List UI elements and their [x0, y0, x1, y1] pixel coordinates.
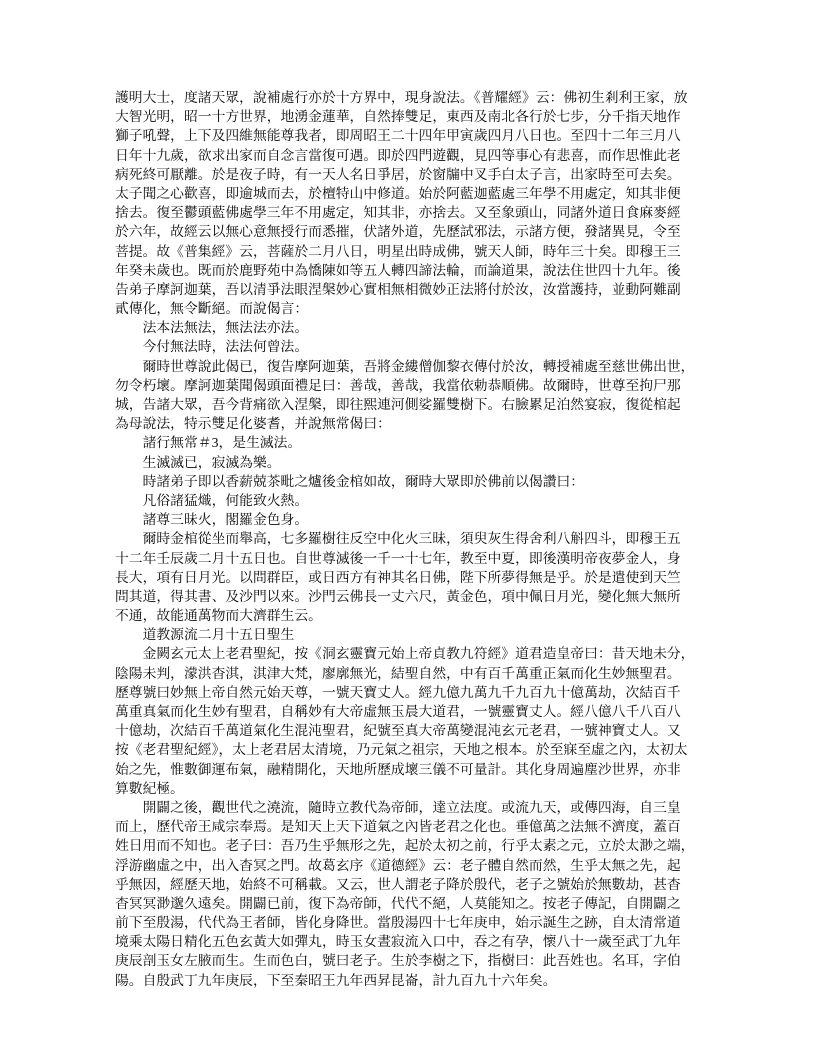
- text-line: 於六年，故經云以無心意無授行而悉摧，伏諸外道，先歷試邪法，示諸方便，發諸異見，令…: [115, 222, 715, 241]
- text-line: 爾時金棺從坐而舉高，七多羅樹往反空中化火三昧，須臾灰生得舍利八斛四斗，即穆王五: [115, 529, 715, 548]
- text-line: 勿令朽壞。摩訶迦葉聞偈頭面禮足曰：善哉，善哉，我當依勅恭順佛。故爾時，世尊至拘尸…: [115, 376, 715, 395]
- text-line: 護明大士，度諸天眾，說補處行亦於十方界中，現身說法。《普耀經》云：佛初生剎利王家…: [115, 88, 715, 107]
- document-page: 護明大士，度諸天眾，說補處行亦於十方界中，現身說法。《普耀經》云：佛初生剎利王家…: [0, 0, 816, 1056]
- text-line: 問其道，得其書、及沙門以來。沙門云佛長一丈六尺，黃金色，項中佩日月光，變化無大無…: [115, 587, 715, 606]
- text-line: 凡俗諸猛熾，何能致火熱。: [115, 491, 715, 510]
- text-line: 生滅滅已，寂滅為樂。: [115, 453, 715, 472]
- text-line: 諸行無常＃3，是生滅法。: [115, 433, 715, 452]
- text-line: 杳冥冥渺邈久遠矣。開闢已前，復下為帝師，代代不絕，人莫能知之。按老子傳記，自開闢…: [115, 894, 715, 913]
- text-line: 病死終可厭離。於是夜子時，有一天人名日爭居，於窗牖中叉手白太子言，出家時至可去矣…: [115, 165, 715, 184]
- text-line: 不通，故能通萬物而大濟群生云。: [115, 606, 715, 625]
- text-line: 姓日用而不知也。老子曰：吾乃生乎無形之先，起於太初之前，行乎太素之元，立於太渺之…: [115, 836, 715, 855]
- text-line: 道教源流二月十五日聖生: [115, 625, 715, 644]
- text-line: 庚辰剖玉女左腋而生。生而色白，號曰老子。生於李樹之下，指樹曰：此吾姓也。名耳，字…: [115, 951, 715, 970]
- text-line: 日年十九歲，欲求出家而自念言當復可遇。即於四門遊觀，見四等事心有悲喜，而作思惟此…: [115, 146, 715, 165]
- text-line: 金闕玄元太上老君聖紀，按《洞玄靈寶元始上帝貞教九符經》道君造皇帝曰：昔天地未分，: [115, 644, 715, 663]
- text-line: 告弟子摩訶迦葉，吾以清爭法眼涅槃妙心實相無相微妙正法將付於汝，汝當護持，並動阿難…: [115, 280, 715, 299]
- text-line: 獅子吼聲，上下及四維無能尊我者，即周昭王二十四年甲寅歲四月八日也。至四十二年三月…: [115, 126, 715, 145]
- text-line: 今付無法時，法法何曾法。: [115, 337, 715, 356]
- text-line: 菩提。故《普集經》云，菩薩於二月八日，明星出時成佛，號天人師，時年三十矣。即穆王…: [115, 242, 715, 261]
- text-line: 乎無因，經歷天地，始終不可稱載。又云，世人謂老子降於殷代，老子之號始於無數劫，甚…: [115, 875, 715, 894]
- text-line: 陽。自殷武丁九年庚辰，下至秦昭王九年西昇昆崙，計九百九十六年矣。: [115, 971, 715, 990]
- text-line: 浮游幽虛之中，出入杳冥之門。故葛玄序《道德經》云：老子體自然而然，生乎太無之先，…: [115, 856, 715, 875]
- text-line: 年癸未歲也。既而於鹿野苑中為憍陳如等五人轉四諦法輪，而論道果，說法住世四十九年。…: [115, 261, 715, 280]
- text-line: 前下至殷湯，代代為王者師，皆化身降世。當殷湯四十七年庚申，始示誕生之跡，自太清常…: [115, 913, 715, 932]
- text-line: 歷尊號曰妙無上帝自然元始天尊，一號天寶丈人。經九億九萬九千九百九十億萬劫，次結百…: [115, 683, 715, 702]
- text-line: 按《老君聖紀經》，太上老君居太清境，乃元氣之祖宗，天地之根本。於至寐至虛之內，太…: [115, 740, 715, 759]
- text-line: 捨去。復至鬱頭藍佛處學三年不用處定，知其非，亦捨去。又至象頭山，同諸外道日食麻麥…: [115, 203, 715, 222]
- text-line: 城，告諸大眾，吾今背痛欲入涅槃，即往熙連河側娑羅雙樹下。右臉累足泊然宴寂，復從棺…: [115, 395, 715, 414]
- text-line: 算數紀極。: [115, 779, 715, 798]
- text-line: 法本法無法，無法法亦法。: [115, 318, 715, 337]
- document-text-body: 護明大士，度諸天眾，說補處行亦於十方界中，現身說法。《普耀經》云：佛初生剎利王家…: [115, 88, 715, 990]
- text-line: 而上，歷代帝王咸宗奉焉。是知天上天下道氣之內皆老君之化也。垂億萬之法無不濟度，蓋…: [115, 817, 715, 836]
- text-line: 太子聞之心歡喜，即逾城而去，於檀特山中修道。始於阿藍迦藍處三年學不用處定，知其非…: [115, 184, 715, 203]
- text-line: 開闢之後，觀世代之澆流，隨時立教代為帝師，達立法度。或流九天，或傳四海，自三皇: [115, 798, 715, 817]
- text-line: 貳傳化，無令斷絕。而說偈言：: [115, 299, 715, 318]
- text-line: 十億劫，次結百千萬道氣化生混沌聖君，紀號至真大帝萬變混沌玄元老君，一號神寶丈人。…: [115, 721, 715, 740]
- text-line: 時諸弟子即以香薪兢茶毗之爐後金棺如故，爾時大眾即於佛前以偈讚曰：: [115, 472, 715, 491]
- text-line: 諸尊三昧火，閣羅金色身。: [115, 510, 715, 529]
- text-line: 境乘太陽日精化五色玄黃大如彈丸，時玉女晝寂流入口中，吞之有孕，懷八十一歲至武丁九…: [115, 932, 715, 951]
- text-line: 陰陽未判，濛洪杳淇，淇津大梵，廖廓無光，結聖自然，中有百千萬重正氣而化生妙無聖君…: [115, 664, 715, 683]
- text-line: 大智光明，昭一十方世界，地湧金蓮華，自然捧雙足，東西及南北各行於七步，分千指天地…: [115, 107, 715, 126]
- text-line: 爾時世尊說此偈已，復告摩阿迦葉，吾將金縷僧伽黎衣傳付於汝，轉授補處至慈世佛出世，: [115, 357, 715, 376]
- text-line: 為母說法，特示雙足化婆耆，并說無常偈曰：: [115, 414, 715, 433]
- text-line: 十二年壬辰歲二月十五日也。自世尊滅後一千一十七年，教至中夏，即後漢明帝夜夢金人，…: [115, 549, 715, 568]
- text-line: 始之先，惟數御運布氣，融精開化，天地所歷成壞三儀不可量計。其化身周遍塵沙世界，亦…: [115, 760, 715, 779]
- text-line: 長大，項有日月光。以問群臣，或日西方有神其名日佛，陛下所夢得無是乎。於是遣使到天…: [115, 568, 715, 587]
- text-line: 萬重真氣而化生妙有聖君，自稱妙有大帝虛無玉晨大道君，一號靈寶丈人。經八億八千八百…: [115, 702, 715, 721]
